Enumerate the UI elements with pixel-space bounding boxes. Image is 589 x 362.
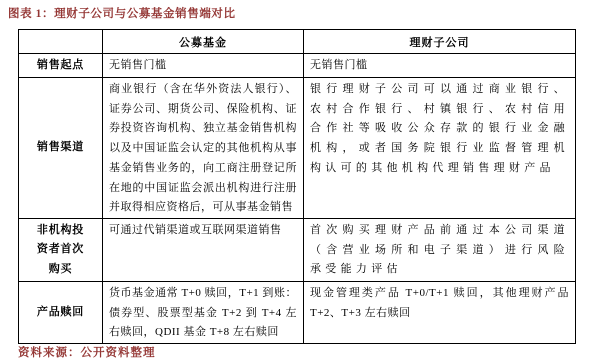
report-page: 图表 1：理财子公司与公募基金销售端对比 公募基金 理财子公司 销售起点 无销售… bbox=[0, 0, 589, 362]
row-label: 产品赎回 bbox=[19, 281, 103, 343]
header-cell-wm-subsidiary: 理财子公司 bbox=[304, 30, 576, 54]
wm-cell: 银行理财子公司可以通过商业银行、农村合作银行、村镇银行、农村信用合作社等吸收公众… bbox=[304, 78, 576, 219]
row-label: 销售起点 bbox=[19, 54, 103, 78]
fund-cell: 货币基金通常 T+0 赎回，T+1 到账：债券型、股票型基金 T+2 到 T+4… bbox=[103, 281, 304, 343]
fund-cell: 商业银行（含在华外资法人银行）、证券公司、期货公司、保险机构、证券投资咨询机构、… bbox=[103, 78, 304, 219]
table-row-sales-threshold: 销售起点 无销售门槛 无销售门槛 bbox=[19, 54, 576, 78]
row-label: 销售渠道 bbox=[19, 78, 103, 219]
fund-cell: 可通过代销渠道或互联网渠道销售 bbox=[103, 218, 304, 281]
row-label: 非机构投资者首次购买 bbox=[19, 218, 103, 281]
chart-title: 图表 1：理财子公司与公募基金销售端对比 bbox=[8, 5, 236, 21]
table-row-redemption: 产品赎回 货币基金通常 T+0 赎回，T+1 到账：债券型、股票型基金 T+2 … bbox=[19, 281, 576, 343]
table-row-first-purchase: 非机构投资者首次购买 可通过代销渠道或互联网渠道销售 首次购买理财产品前通过本公… bbox=[19, 218, 576, 281]
wm-cell: 首次购买理财产品前通过本公司渠道（含营业场所和电子渠道）进行风险承受能力评估 bbox=[304, 218, 576, 281]
table-header-row: 公募基金 理财子公司 bbox=[19, 30, 576, 54]
table-row-sales-channels: 销售渠道 商业银行（含在华外资法人银行）、证券公司、期货公司、保险机构、证券投资… bbox=[19, 78, 576, 219]
data-source-note: 资料来源：公开资料整理 bbox=[18, 344, 156, 360]
fund-cell: 无销售门槛 bbox=[103, 54, 304, 78]
wm-cell: 无销售门槛 bbox=[304, 54, 576, 78]
header-cell-public-fund: 公募基金 bbox=[103, 30, 304, 54]
header-cell-empty bbox=[19, 30, 103, 54]
wm-cell: 现金管理类产品 T+0/T+1 赎回，其他理财产品 T+2、T+3 左右赎回 bbox=[304, 281, 576, 343]
comparison-table: 公募基金 理财子公司 销售起点 无销售门槛 无销售门槛 销售渠道 商业银行（含在… bbox=[18, 29, 576, 344]
